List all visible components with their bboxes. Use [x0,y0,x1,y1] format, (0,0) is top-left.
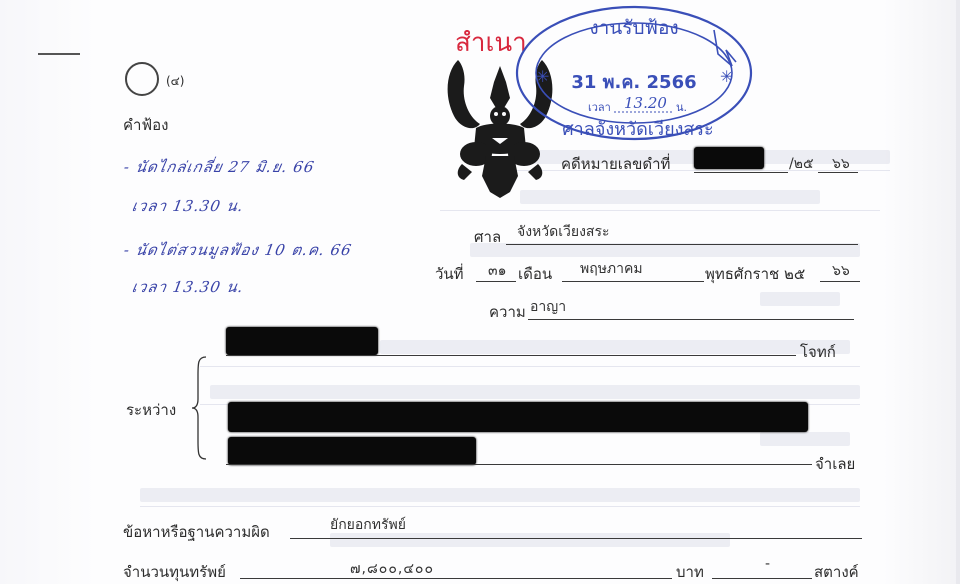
charge-value: ยักยอกทรัพย์ [330,514,406,536]
defendant-2-redaction [228,437,476,465]
date-month: พฤษภาคม [580,258,643,280]
stamp-date: 31 พ.ค. 2566 [571,72,696,93]
date-month-label: เดือน [518,262,552,286]
form-title: คำฟ้อง [123,113,168,137]
amount-label: จำนวนทุนทรัพย์ [123,560,226,584]
handwritten-note-mediation: - นัดไกล่เกลี่ย 27 มิ.ย. 66 [122,155,317,179]
case-type-value: อาญา [530,296,566,318]
defendant-1-redaction [228,402,808,432]
stamp-signature [714,30,736,66]
satang-value: - [765,556,770,572]
stamp-top-text: งานรับฟ้อง [589,17,678,39]
amount-value: ๗,๘๐๐,๔๐๐ [350,558,434,580]
defendant-label: จำเลย [815,452,855,476]
date-day-label: วันที่ [435,262,464,286]
form-number: (๔) [166,72,184,91]
satang-label: สตางค์ [814,560,859,584]
handwritten-note-hearing: - นัดไต่สวนมูลฟ้อง 10 ต.ค. 66 [122,238,354,262]
handwritten-note-time-2: เวลา 13.30 น. [130,275,246,299]
date-day: ๓๑ [488,260,506,282]
case-year-prefix: /๒๕ [789,153,814,175]
stamp-star-left-icon: ✳ [536,67,549,86]
stamp-time-unit: น. [676,101,687,114]
reception-stamp: งานรับฟ้อง 31 พ.ค. 2566 เวลา 13.20 น. ศา… [514,4,754,142]
handwritten-note-time-1: เวลา 13.30 น. [130,194,246,218]
stamp-time-value: 13.20 [624,94,667,112]
stamp-time-label: เวลา [588,101,611,114]
plaintiff-label: โจทก์ [800,340,836,364]
court-value: จังหวัดเวียงสระ [517,221,610,243]
case-number-label: คดีหมายเลขดำที่ [561,152,670,176]
stamp-bottom-text: ศาลจังหวัดเวียงสระ [562,119,713,140]
margin-dash-mark [38,53,80,55]
form-circle-mark [125,62,159,96]
plaintiff-name-redaction [226,327,378,355]
brace-icon [190,355,210,461]
date-year: ๖๖ [832,260,850,282]
date-year-label: พุทธศักราช ๒๕ [705,262,805,286]
court-label: ศาล [474,225,501,249]
stamp-star-right-icon: ✳ [720,67,733,86]
case-type-label: ความ [489,300,526,324]
between-label: ระหว่าง [126,398,176,422]
case-number-redaction [694,147,764,169]
baht-label: บาท [676,560,704,584]
charge-label: ข้อหาหรือฐานความผิด [123,520,270,544]
page-edge [956,0,960,584]
scanned-document-page: (๔) คำฟ้อง - นัดไกล่เกลี่ย 27 มิ.ย. 66 เ… [0,0,960,584]
